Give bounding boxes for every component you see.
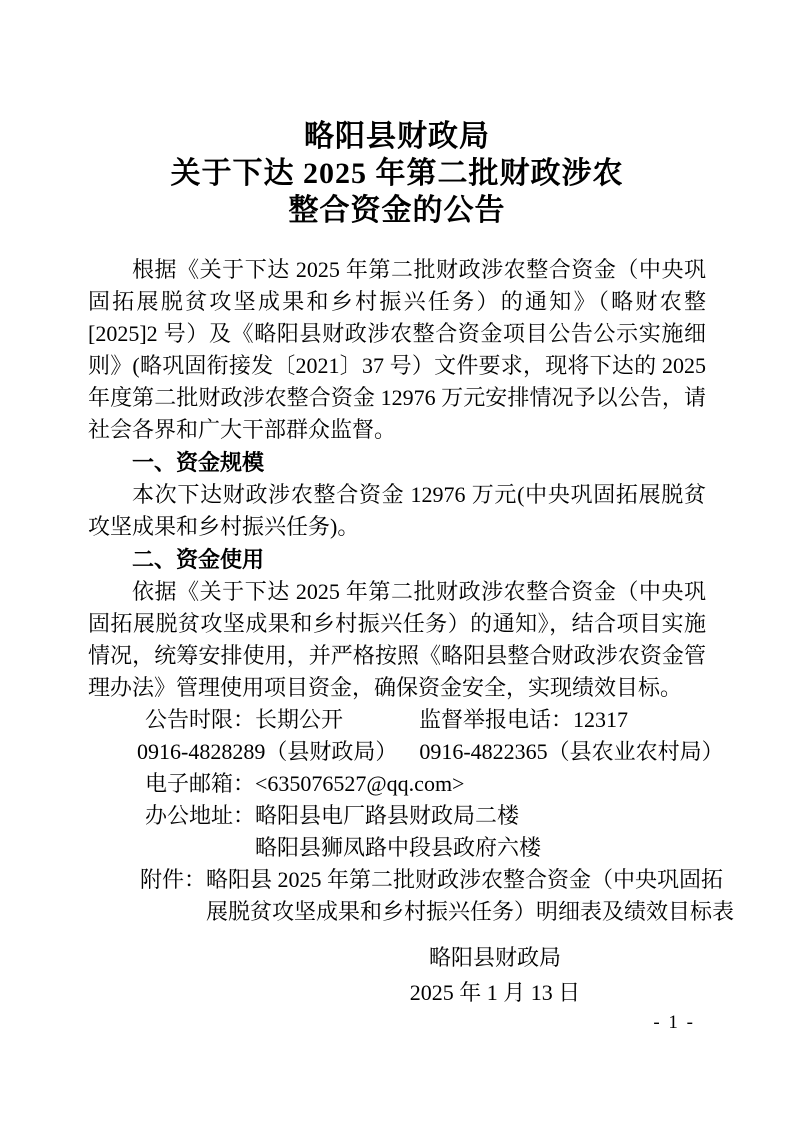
attachment-label: 附件： (140, 867, 206, 892)
signature-org: 略阳县财政局 (284, 940, 706, 975)
doc-title: 略阳县财政局 关于下达 2025 年第二批财政涉农 整合资金的公告 (88, 0, 706, 229)
hotline-value: 12317 (573, 707, 628, 732)
email-value: <635076527@qq.com> (255, 771, 464, 796)
attachment-line-1: 附件：略阳县 2025 年第二批财政涉农整合资金（中央巩固拓 (88, 864, 706, 896)
phone-line: 0916-4828289（县财政局）0916-4822365（县农业农村局） (88, 736, 706, 768)
attachment-line-2: 展脱贫攻坚成果和乡村振兴任务）明细表及绩效目标表 (88, 896, 706, 928)
address-line-1: 办公地址：略阳县电厂路县财政局二楼 (88, 800, 706, 832)
title-line-1: 略阳县财政局 (88, 118, 706, 155)
page-number: - 1 - (653, 1012, 695, 1034)
intro-paragraph: 根据《关于下达 2025 年第二批财政涉农整合资金（中央巩固拓展脱贫攻坚成果和乡… (88, 254, 706, 446)
signature-date: 2025 年 1 月 13 日 (284, 975, 706, 1010)
title-line-2: 关于下达 2025 年第二批财政涉农 (88, 155, 706, 192)
notice-period-line: 公告时限：长期公开监督举报电话：12317 (88, 704, 706, 736)
attachment-text-1: 略阳县 2025 年第二批财政涉农整合资金（中央巩固拓 (206, 867, 723, 892)
section-2-body: 依据《关于下达 2025 年第二批财政涉农整合资金（中央巩固拓展脱贫攻坚成果和乡… (88, 576, 706, 704)
phone-agriculture-bureau: 0916-4822365（县农业农村局） (419, 739, 723, 764)
address-value-1: 略阳县电厂路县财政局二楼 (255, 803, 519, 828)
section-1-heading: 一、资金规模 (88, 446, 706, 479)
section-2-heading: 二、资金使用 (88, 543, 706, 576)
document-content: 略阳县财政局 关于下达 2025 年第二批财政涉农 整合资金的公告 根据《关于下… (0, 0, 793, 1010)
hotline-label: 监督举报电话： (419, 707, 573, 732)
address-label: 办公地址： (145, 803, 255, 828)
notice-period-label: 公告时限： (145, 707, 255, 732)
signature-block: 略阳县财政局 2025 年 1 月 13 日 (284, 940, 706, 1010)
title-line-3: 整合资金的公告 (88, 192, 706, 229)
email-label: 电子邮箱： (145, 771, 255, 796)
document-page: 略阳县财政局 关于下达 2025 年第二批财政涉农 整合资金的公告 根据《关于下… (0, 0, 793, 1122)
email-line: 电子邮箱：<635076527@qq.com> (88, 768, 706, 800)
phone-finance-bureau: 0916-4828289（县财政局） (137, 739, 397, 764)
section-1-body: 本次下达财政涉农整合资金 12976 万元(中央巩固拓展脱贫攻坚成果和乡村振兴任… (88, 479, 706, 543)
notice-period-value: 长期公开 (255, 707, 343, 732)
address-line-2: 略阳县狮凤路中段县政府六楼 (88, 832, 706, 864)
